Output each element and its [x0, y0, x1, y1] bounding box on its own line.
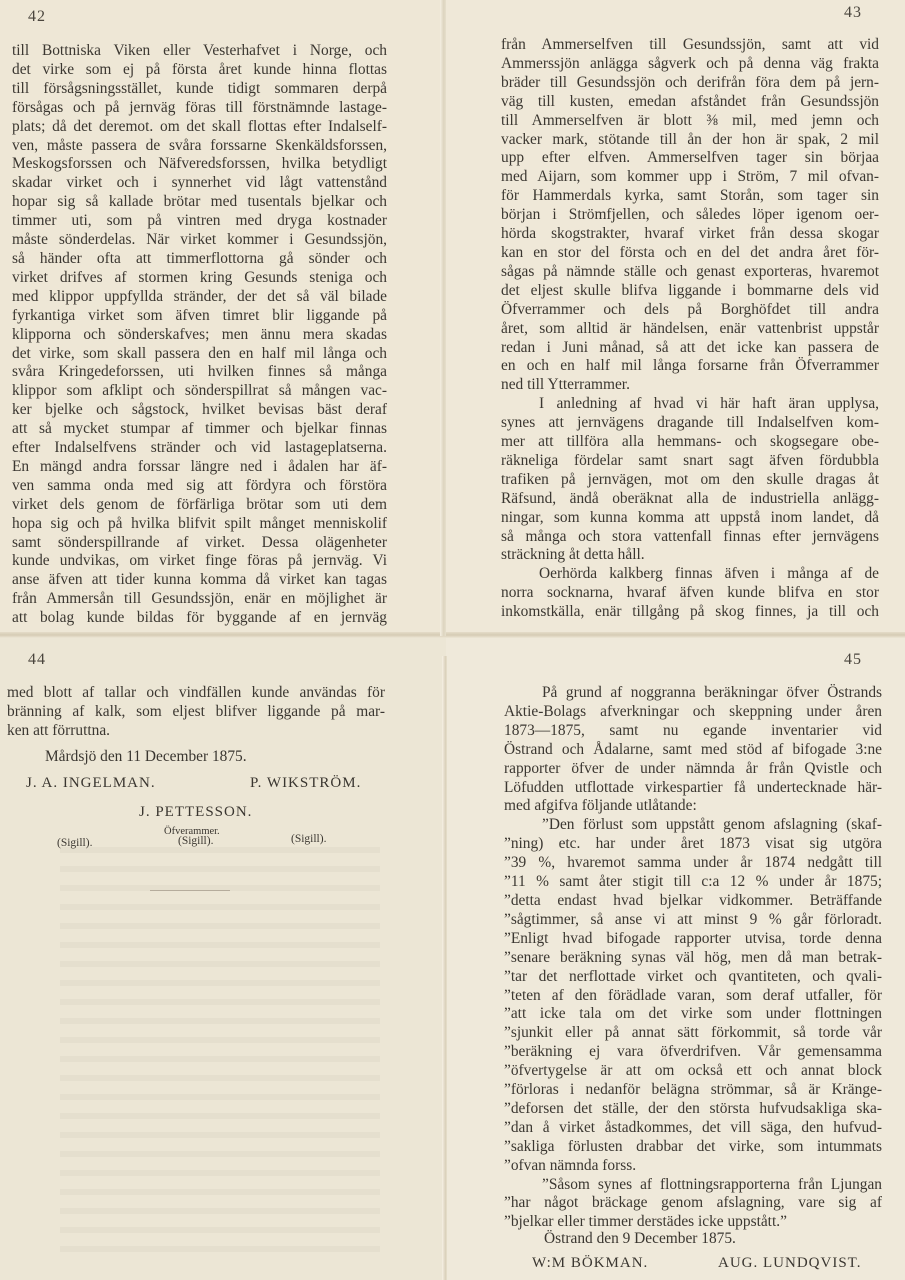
signatory: J. A. INGELMAN.	[26, 775, 156, 792]
page-seam-vertical-bottom	[442, 656, 447, 1280]
text-line: ”att icke tala om det virke som under fl…	[504, 1005, 882, 1024]
text-line: ”beräkning ej vara öfverdrifven. Vår gem…	[504, 1043, 882, 1062]
text-line: Öfverrammer och dels på Borghöfdet till …	[501, 301, 879, 320]
text-line: ”39 %, hvaremot samma under år 1874 nedg…	[504, 854, 882, 873]
body-text: med blott af tallar och vindfällen kunde…	[7, 684, 385, 741]
text-line: ”teten af den förädlade varan, som deraf…	[504, 987, 882, 1006]
text-line: det virke, som skall passera den en half…	[12, 345, 387, 364]
text-line: Ammerssjön anlägga sågverk och på denna …	[501, 55, 879, 74]
text-line: hopar sig så kallade brötar med tusental…	[12, 193, 387, 212]
show-through-ghost-text	[60, 836, 380, 1256]
text-line: ”tar det nerflottade virket och qvantite…	[504, 968, 882, 987]
divider-rule	[150, 890, 230, 891]
text-line: En mängd andra forssar längre ned i ådal…	[12, 458, 387, 477]
text-line: början i Strömfjellen, och således löper…	[501, 206, 879, 225]
text-line: virket dels genom de förfärliga brötar s…	[12, 496, 387, 515]
text-line: till Ammerselfven är blott ⅜ mil, med je…	[501, 112, 879, 131]
text-line: ”sjunkit eller på annat sätt förkommit, …	[504, 1024, 882, 1043]
text-line: kan en stor del första och en del det an…	[501, 244, 879, 263]
text-line: ”11 % samt åter stigit till c:a 12 % und…	[504, 873, 882, 892]
page-seam-horizontal	[0, 632, 905, 638]
text-line: måste sönderdelas. När virket kommer i G…	[12, 231, 387, 250]
text-line: det eljest skulle blifva liggande i bomm…	[501, 282, 879, 301]
text-line: klipporna och sönderskafves; men ännu me…	[12, 326, 387, 345]
text-line: en och en half mil långa forsarne från Ö…	[501, 357, 879, 376]
text-line: timmer uti, som på vintren med dryga kos…	[12, 212, 387, 231]
text-line: ”öfvertygelse är att om också ett och an…	[504, 1062, 882, 1081]
dateline: Östrand den 9 December 1875.	[544, 1230, 736, 1248]
text-line: sträckning åt detta håll.	[501, 546, 879, 565]
text-line: ”ofvan nämnda forss.	[504, 1157, 882, 1176]
text-line: ”ning) etc. har under året 1873 visat si…	[504, 835, 882, 854]
text-line: ven, måste passera de svåra forssarne Sk…	[12, 137, 387, 156]
text-line: virket drifves af stormen kring Gesunds …	[12, 269, 387, 288]
text-line: rapporter öfver de under nämnda år från …	[504, 760, 882, 779]
text-line: Löfudden utflottade virkespartier få und…	[504, 779, 882, 798]
page-seam-vertical-top	[440, 0, 446, 636]
text-line: ningar, som kunna komma att uppstå inom …	[501, 509, 879, 528]
text-line: Oerhörda kalkberg finnas äfven i många a…	[501, 565, 879, 584]
text-line: ”Såsom synes af flottningsrapporterna fr…	[504, 1176, 882, 1195]
text-line: inkomstkälla, enär tillgång på skog finn…	[501, 603, 879, 622]
text-line: det virke som ej på första året kunde hi…	[12, 61, 387, 80]
text-line: upp efter elfven. Ammerselfven tager sin…	[501, 149, 879, 168]
text-line: året, som alltid är händelsen, enär vatt…	[501, 320, 879, 339]
text-line: ”Den förlust som uppstått genom afslagni…	[504, 816, 882, 835]
text-line: ”dan å virket åstadkommes, det vill säga…	[504, 1119, 882, 1138]
text-line: vacker mark, stötande till ån der hon är…	[501, 131, 879, 150]
text-line: hörda skogstrakter, hvaraf virket från d…	[501, 225, 879, 244]
text-line: ”förloras i nedanför belägna strömmar, s…	[504, 1081, 882, 1100]
body-text: till Bottniska Viken eller Vesterhafvet …	[12, 42, 387, 628]
text-line: norra socknarna, hvaraf äfven kunde blif…	[501, 584, 879, 603]
page-42: 42 till Bottniska Viken eller Vesterhafv…	[0, 0, 440, 636]
text-line: ”senare beräkning synas väl hög, men då …	[504, 949, 882, 968]
text-line: från Ammersån till Gesundssjön, enär en …	[12, 590, 387, 609]
text-line: med afgifva följande utlåtande:	[504, 797, 882, 816]
page-number: 44	[28, 651, 46, 669]
signatory: P. WIKSTRÖM.	[250, 775, 361, 792]
text-line: till Bottniska Viken eller Vesterhafvet …	[12, 42, 387, 61]
text-line: plats; då det deremot. om det skall flot…	[12, 118, 387, 137]
page-number: 43	[844, 4, 862, 22]
signatory: AUG. LUNDQVIST.	[718, 1255, 861, 1272]
text-line: Aktie-Bolags afverkningar och skeppning …	[504, 703, 882, 722]
text-line: från Ammerselfven till Gesundssjön, samt…	[501, 36, 879, 55]
text-line: att så mycket stumpar af timmer och bjel…	[12, 420, 387, 439]
text-line: kunde undvikas, om virket finge föras på…	[12, 552, 387, 571]
text-line: redan i Juni månad, så att det icke kan …	[501, 339, 879, 358]
text-line: med blott af tallar och vindfällen kunde…	[7, 684, 385, 703]
text-line: försågas och på jernväg föras till först…	[12, 99, 387, 118]
text-line: ”deforsen det ställe, der den största hu…	[504, 1100, 882, 1119]
text-line: till försågsningsstället, kunde tidigt s…	[12, 80, 387, 99]
text-line: trafiken på jernvägen, mot om den skulle…	[501, 471, 879, 490]
text-line: bräder till Gesundssjön och derifrån för…	[501, 74, 879, 93]
text-line: anse äfven att tider kunna komma då virk…	[12, 571, 387, 590]
signatory: W:M BÖKMAN.	[532, 1255, 648, 1272]
text-line: att bolag kunde bildas för byggande af e…	[12, 609, 387, 628]
text-line: Östrand och Ådalarne, samt med stöd af b…	[504, 741, 882, 760]
text-line: I anledning af hvad vi här haft äran upp…	[501, 395, 879, 414]
page-43: 43 från Ammerselfven till Gesundssjön, s…	[446, 0, 905, 636]
body-text: från Ammerselfven till Gesundssjön, samt…	[501, 36, 879, 622]
text-line: bränning af kalk, som eljest blifver lig…	[7, 703, 385, 722]
text-line: Räfsund, ändå oberäknat alla de industri…	[501, 490, 879, 509]
text-line: ker bjelke och sågstock, hvilket bevisas…	[12, 401, 387, 420]
text-line: skadar virket och i synnerhet vid lågt v…	[12, 174, 387, 193]
seal-label: (Sigill).	[178, 835, 213, 847]
text-line: räkneliga fördelar samt snart sagt äfven…	[501, 452, 879, 471]
text-line: samt sönderspillrande af virket. Dessa o…	[12, 534, 387, 553]
text-line: ned till Ytterrammer.	[501, 376, 879, 395]
text-line: ”har något bräckage genom afslagning, va…	[504, 1194, 882, 1213]
text-line: mer att tillföra alla hemmans- och skogs…	[501, 433, 879, 452]
text-line: efter Indalselfvens stränder och vid las…	[12, 439, 387, 458]
text-line: väg till kusten, emedan afståndet från G…	[501, 93, 879, 112]
text-line: 1873—1875, samt nu egande inventarier vi…	[504, 722, 882, 741]
text-line: klippor som afklipt och sönderspillrat s…	[12, 382, 387, 401]
text-line: ”detta endast hvad bjelkar vidkommer. Be…	[504, 892, 882, 911]
text-line: ken att förruttna.	[7, 722, 385, 741]
text-line: svåra Kringedeforssen, uti hvilken finne…	[12, 363, 387, 382]
seal-label: (Sigill).	[291, 833, 326, 845]
body-text: På grund af noggranna beräkningar öfver …	[504, 684, 882, 1232]
text-line: sågas på nämnde ställe och genast export…	[501, 263, 879, 282]
text-line: ”Enligt hvad bifogade rapporter utvisa, …	[504, 930, 882, 949]
text-line: så många och stora vattenfall finnas eft…	[501, 528, 879, 547]
text-line: ”sågtimmer, så anse vi att minst 9 % går…	[504, 911, 882, 930]
seal-label: (Sigill).	[57, 837, 92, 849]
text-line: med Aijarn, som kommer upp i Ström, 7 mi…	[501, 168, 879, 187]
text-line: med klippor uppfyllda stränder, der det …	[12, 288, 387, 307]
text-line: fyrkantiga virket som äfven timret blir …	[12, 307, 387, 326]
text-line: för Hammerdals kyrka, samt Storån, som t…	[501, 187, 879, 206]
text-line: På grund af noggranna beräkningar öfver …	[504, 684, 882, 703]
text-line: synes att jernvägens dragande till Indal…	[501, 414, 879, 433]
page-number: 42	[28, 8, 46, 26]
page-44: 44 med blott af tallar och vindfällen ku…	[0, 636, 446, 1280]
dateline: Mårdsjö den 11 December 1875.	[45, 748, 247, 766]
text-line: Meskogsforssen och Näfveredsforssen, hvi…	[12, 155, 387, 174]
text-line: ”sakliga förlusten drabbar det virke, so…	[504, 1138, 882, 1157]
text-line: hopa sig och på hvilka blifvit spilt mån…	[12, 515, 387, 534]
page-number: 45	[844, 651, 862, 669]
text-line: ven samma onda med sig att fördyra och f…	[12, 477, 387, 496]
page-45: 45 På grund af noggranna beräkningar öfv…	[446, 636, 905, 1280]
text-line: så händer ofta att timmerflottorna gå sö…	[12, 250, 387, 269]
signatory: J. PETTESSON.	[139, 804, 252, 821]
